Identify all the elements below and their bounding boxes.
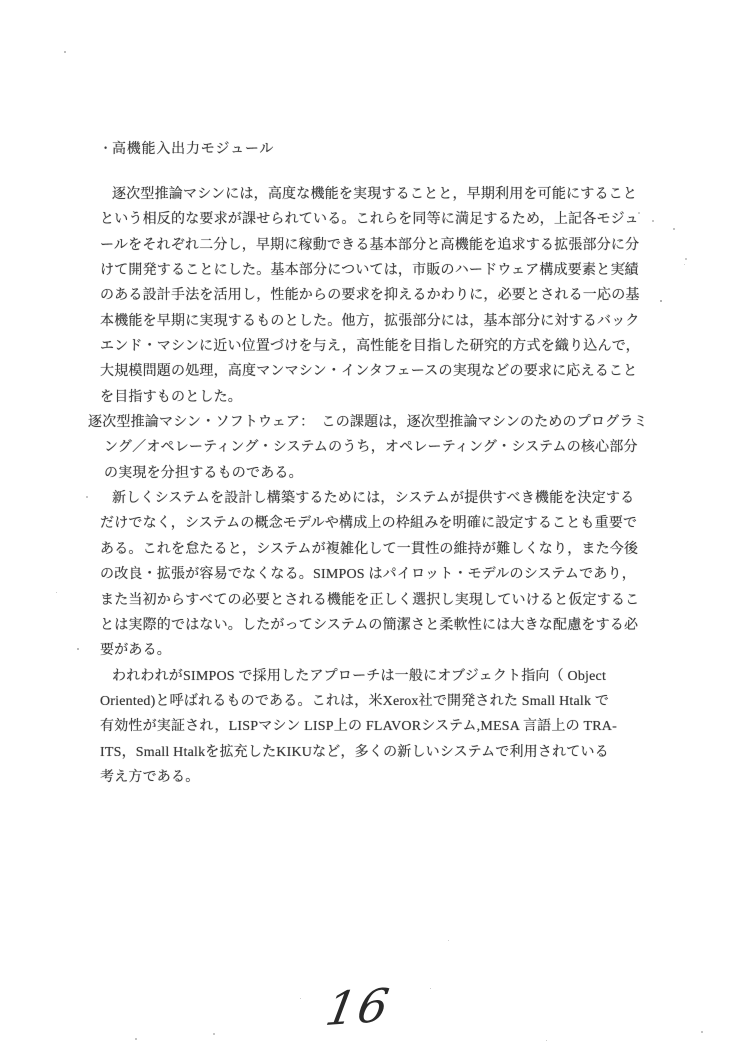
text-line: 要がある。 [0, 638, 750, 663]
text-line: 逐次型推論マシンには，高度な機能を実現することと，早期利用を可能にすること [0, 182, 750, 207]
scan-speck [623, 262, 625, 264]
text-line: エンド・マシンに近い位置づけを与え，高性能を目指した研究的方式を織り込んで， [0, 334, 750, 359]
scan-speck [546, 1040, 547, 1041]
scan-speck [638, 212, 640, 214]
text-line: また当初からすべての必要とされる機能を正しく選択し実現していけると仮定するこ [0, 588, 750, 613]
text-line: Oriented)と呼ばれるものである。これは，米Xerox社で開発された Sm… [0, 689, 750, 714]
text-line: とは実際的ではない。したがってシステムの簡潔さと柔軟性には大きな配慮をする必 [0, 613, 750, 638]
text-line: ある。これを怠たると，システムが複雑化して一貫性の維持が難しくなり，また今後 [0, 537, 750, 562]
scan-speck [56, 592, 57, 593]
document-body: 逐次型推論マシンには，高度な機能を実現することと，早期利用を可能にすることという… [0, 182, 750, 790]
handwritten-page-number: 16 [322, 978, 395, 1036]
text-line: 逐次型推論マシン・ソフトウェア： この課題は，逐次型推論マシンのためのプログラミ [0, 410, 750, 435]
scan-speck [660, 300, 662, 302]
section-heading: •高機能入出力モジュール [104, 138, 274, 158]
text-line: のある設計手法を活用し，性能からの要求を抑えるかわりに，必要とされる一応の基 [0, 283, 750, 308]
text-line: ールをそれぞれ二分し，早期に稼動できる基本部分と高機能を追求する拡張部分に分 [0, 233, 750, 258]
scan-speck [685, 258, 687, 260]
scan-speck [701, 1031, 703, 1033]
section-heading-text: 高機能入出力モジュール [112, 142, 274, 157]
scan-speck [64, 51, 66, 53]
scan-speck [430, 988, 431, 989]
scan-speck [86, 496, 88, 498]
text-line: 新しくシステムを設計し構築するためには，システムが提供すべき機能を決定する [0, 486, 750, 511]
scan-speck [300, 998, 301, 999]
scan-speck [673, 228, 675, 230]
text-line: 大規模問題の処理，高度マンマシン・インタフェースの実現などの要求に応えること [0, 359, 750, 384]
scan-speck [448, 940, 449, 941]
scan-speck [77, 648, 79, 650]
text-line: 考え方である。 [0, 765, 750, 790]
text-line: だけでなく，システムの概念モデルや構成上の枠組みを明確に設定することも重要で [0, 511, 750, 536]
scanned-document-page: •高機能入出力モジュール 逐次型推論マシンには，高度な機能を実現することと，早期… [0, 0, 750, 1054]
text-line: の実現を分担するものである。 [0, 461, 750, 486]
text-line: 本機能を早期に実現するものとした。他方，拡張部分には，基本部分に対するバック [0, 309, 750, 334]
scan-speck [652, 220, 654, 222]
scan-speck [135, 1038, 137, 1040]
scan-speck [684, 264, 685, 265]
text-line: ング／オペレーティング・システムのうち，オペレーティング・システムの核心部分 [0, 435, 750, 460]
text-line: を目指すものとした。 [0, 385, 750, 410]
text-line: われわれがSIMPOS で採用したアプローチは一般にオブジェクト指向（ Obje… [0, 664, 750, 689]
text-line: の改良・拡張が容易でなくなる。SIMPOS はパイロット・モデルのシステムであり… [0, 562, 750, 587]
scan-speck [213, 1033, 215, 1035]
bullet-icon: • [104, 143, 108, 153]
text-line: けて開発することにした。基本部分については，市販のハードウェア構成要素と実績 [0, 258, 750, 283]
text-line: ITS，Small Htalkを拡充したKIKUなど，多くの新しいシステムで利用… [0, 740, 750, 765]
text-line: 有効性が実証され，LISPマシン LISP上の FLAVORシステム,MESA … [0, 714, 750, 739]
